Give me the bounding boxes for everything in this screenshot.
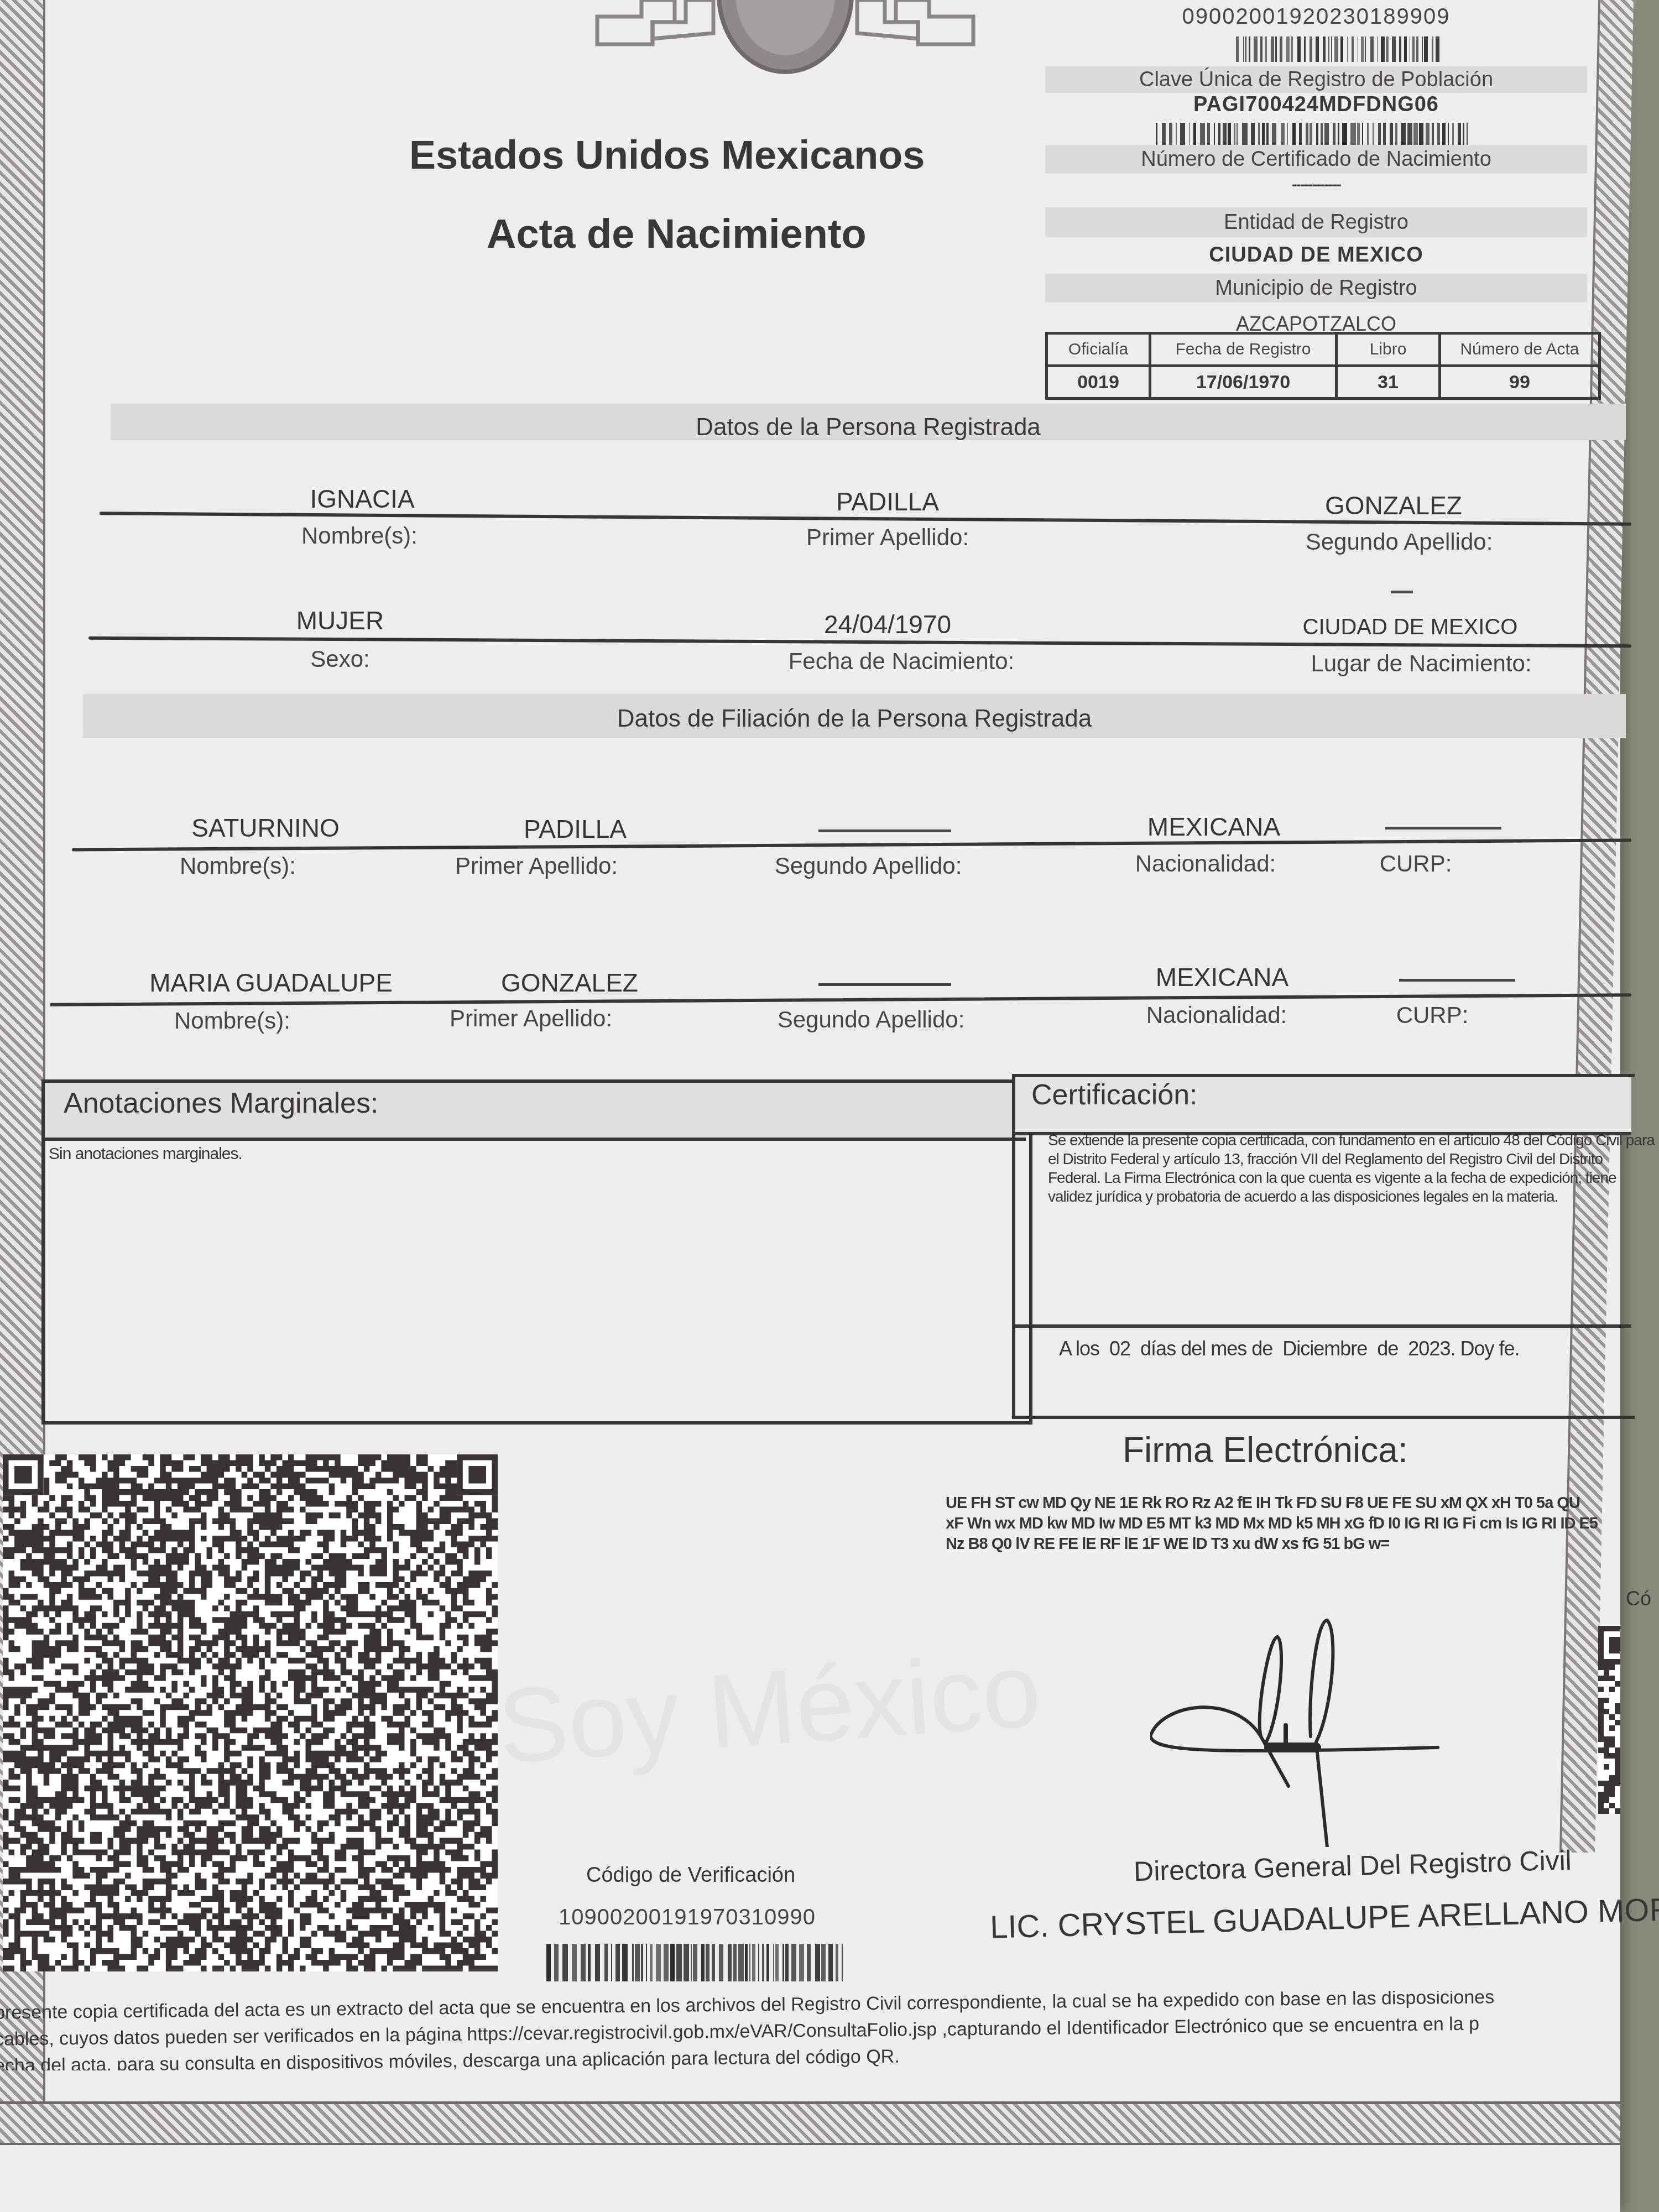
qr-code-secondary-icon [1598, 1626, 1620, 1814]
label-parent1-second-surname: Segundo Apellido: [747, 853, 990, 879]
cert-number-value: ------------ [1045, 176, 1587, 194]
signature-code-line: UE FH ST cw MD Qy NE 1E Rk RO Rz A2 fE I… [946, 1493, 1631, 1514]
parent2-second-surname-empty [818, 983, 951, 986]
parent2-name: MARIA GUADALUPE [122, 968, 420, 998]
parent1-curp-empty [1385, 827, 1501, 830]
verification-barcode [545, 1944, 846, 1981]
label-parent1-name: Nombre(s): [149, 853, 326, 879]
label-birth-date: Fecha de Nacimiento: [763, 648, 1040, 675]
verification-side-label: Có [1626, 1587, 1651, 1610]
registry-table-header: Oficialía Fecha de Registro Libro Número… [1047, 333, 1600, 366]
footer-legal-text: presente copia certificada del acta es u… [0, 1991, 1653, 2070]
person-sex: MUJER [216, 606, 465, 635]
signatory-name: LIC. CRYSTEL GUADALUPE ARELLANO MORE [989, 1890, 1659, 1945]
certification-title: Certificación: [1031, 1078, 1198, 1112]
curp-block: PAGI700424MDFDNG06 [1045, 93, 1587, 117]
value-libro: 31 [1337, 366, 1440, 399]
person-second-surname: GONZALEZ [1266, 491, 1521, 520]
label-parent2-name: Nombre(s): [144, 1008, 321, 1034]
label-second-surname: Segundo Apellido: [1266, 529, 1532, 555]
document-title: Acta de Nacimiento [487, 210, 867, 257]
electronic-signature-code: UE FH ST cw MD Qy NE 1E Rk RO Rz A2 fE I… [946, 1493, 1631, 1554]
watermark: Soy México [494, 1629, 1045, 1787]
electronic-signature-title: Firma Electrónica: [1123, 1430, 1408, 1470]
header-libro: Libro [1337, 333, 1440, 366]
label-birth-place: Lugar de Nacimiento: [1266, 650, 1576, 677]
verification-label: Código de Verificación [586, 1864, 795, 1887]
identifier-value: 09002001920230189909 [1045, 4, 1587, 29]
signature-code-line: xF Wn wx MD kw MD Iw MD E5 MT k3 MD Mx M… [946, 1514, 1631, 1534]
municipality-label: Municipio de Registro [1045, 274, 1587, 302]
value-numero-acta: 99 [1440, 366, 1600, 399]
label-first-surname: Primer Apellido: [763, 524, 1012, 551]
value-oficialia: 0019 [1047, 366, 1150, 399]
curp-label: Clave Única de Registro de Población [1045, 66, 1587, 93]
label-name: Nombre(s): [238, 523, 481, 549]
annotations-title: Anotaciones Marginales: [64, 1087, 378, 1120]
label-sex: Sexo: [216, 646, 465, 672]
label-parent1-curp: CURP: [1366, 851, 1465, 877]
label-parent2-first-surname: Primer Apellido: [426, 1005, 636, 1032]
entity-label: Entidad de Registro [1045, 207, 1587, 237]
parent2-curp-empty [1399, 979, 1515, 982]
empty-field-dash [1391, 591, 1413, 593]
label-parent1-first-surname: Primer Apellido: [431, 853, 641, 879]
cert-number-block: ------------ [1045, 176, 1587, 194]
value-fecha-registro: 17/06/1970 [1150, 366, 1337, 399]
curp-value: PAGI700424MDFDNG06 [1045, 93, 1587, 117]
birth-certificate-page: 09002001920230189909 Clave Única de Regi… [0, 0, 1620, 2212]
entity-block: CIUDAD DE MEXICO [1045, 243, 1587, 267]
curp-label-band: Clave Única de Registro de Población [1045, 66, 1587, 93]
annotations-text: Sin anotaciones marginales. [49, 1145, 242, 1164]
certification-date: A los 02 días del mes de Diciembre de 20… [1059, 1337, 1519, 1360]
electronic-identifier: 09002001920230189909 [1045, 4, 1587, 29]
curp-barcode [1156, 123, 1471, 146]
entity-value: CIUDAD DE MEXICO [1045, 243, 1587, 267]
identifier-barcode [1236, 36, 1441, 61]
label-parent1-nationality: Nacionalidad: [1117, 851, 1294, 877]
national-seal-icon [586, 0, 984, 77]
header-oficialia: Oficialía [1047, 333, 1150, 366]
signature-code-line: Nz B8 Q0 lV RE FE lE RF lE 1F WE lD T3 x… [946, 1534, 1631, 1554]
registry-table-row: 0019 17/06/1970 31 99 [1047, 366, 1600, 399]
parent1-nationality: MEXICANA [1123, 812, 1305, 842]
cert-number-label: Número de Certificado de Nacimiento [1045, 145, 1587, 174]
section-filiation: Datos de Filiación de la Persona Registr… [83, 694, 1626, 738]
cert-number-label-band: Número de Certificado de Nacimiento [1045, 145, 1587, 174]
parent2-first-surname: GONZALEZ [476, 968, 664, 998]
handwritten-signature-icon [1150, 1615, 1460, 1847]
certification-text: Se extiende la presente copia certificad… [1048, 1131, 1656, 1241]
label-parent2-curp: CURP: [1383, 1002, 1482, 1029]
person-first-surname: PADILLA [763, 487, 1012, 517]
decorative-border-bottom [0, 2101, 1620, 2145]
section-registered-person: Datos de la Persona Registrada [111, 404, 1626, 440]
country-title: Estados Unidos Mexicanos [409, 133, 925, 178]
header-fecha-registro: Fecha de Registro [1150, 333, 1337, 366]
entity-label-band: Entidad de Registro [1045, 207, 1587, 237]
person-birth-place: CIUDAD DE MEXICO [1266, 615, 1554, 640]
parent1-second-surname-empty [818, 830, 951, 832]
parent2-nationality: MEXICANA [1128, 962, 1316, 992]
signatory-role: Directora General Del Registro Civil [1133, 1844, 1572, 1888]
divider-line [1015, 1324, 1631, 1328]
qr-code-icon [3, 1454, 498, 1971]
municipality-label-band: Municipio de Registro [1045, 274, 1587, 302]
header-numero-acta: Número de Acta [1440, 333, 1600, 366]
registry-table: Oficialía Fecha de Registro Libro Número… [1045, 332, 1601, 400]
verification-code: 10900200191970310990 [559, 1905, 816, 1930]
person-birth-date: 24/04/1970 [763, 609, 1012, 639]
parent1-name: SATURNINO [160, 813, 371, 843]
person-name: IGNACIA [238, 484, 487, 514]
label-parent2-second-surname: Segundo Apellido: [747, 1006, 995, 1033]
parent1-first-surname: PADILLA [487, 814, 664, 844]
label-parent2-nationality: Nacionalidad: [1128, 1002, 1305, 1029]
